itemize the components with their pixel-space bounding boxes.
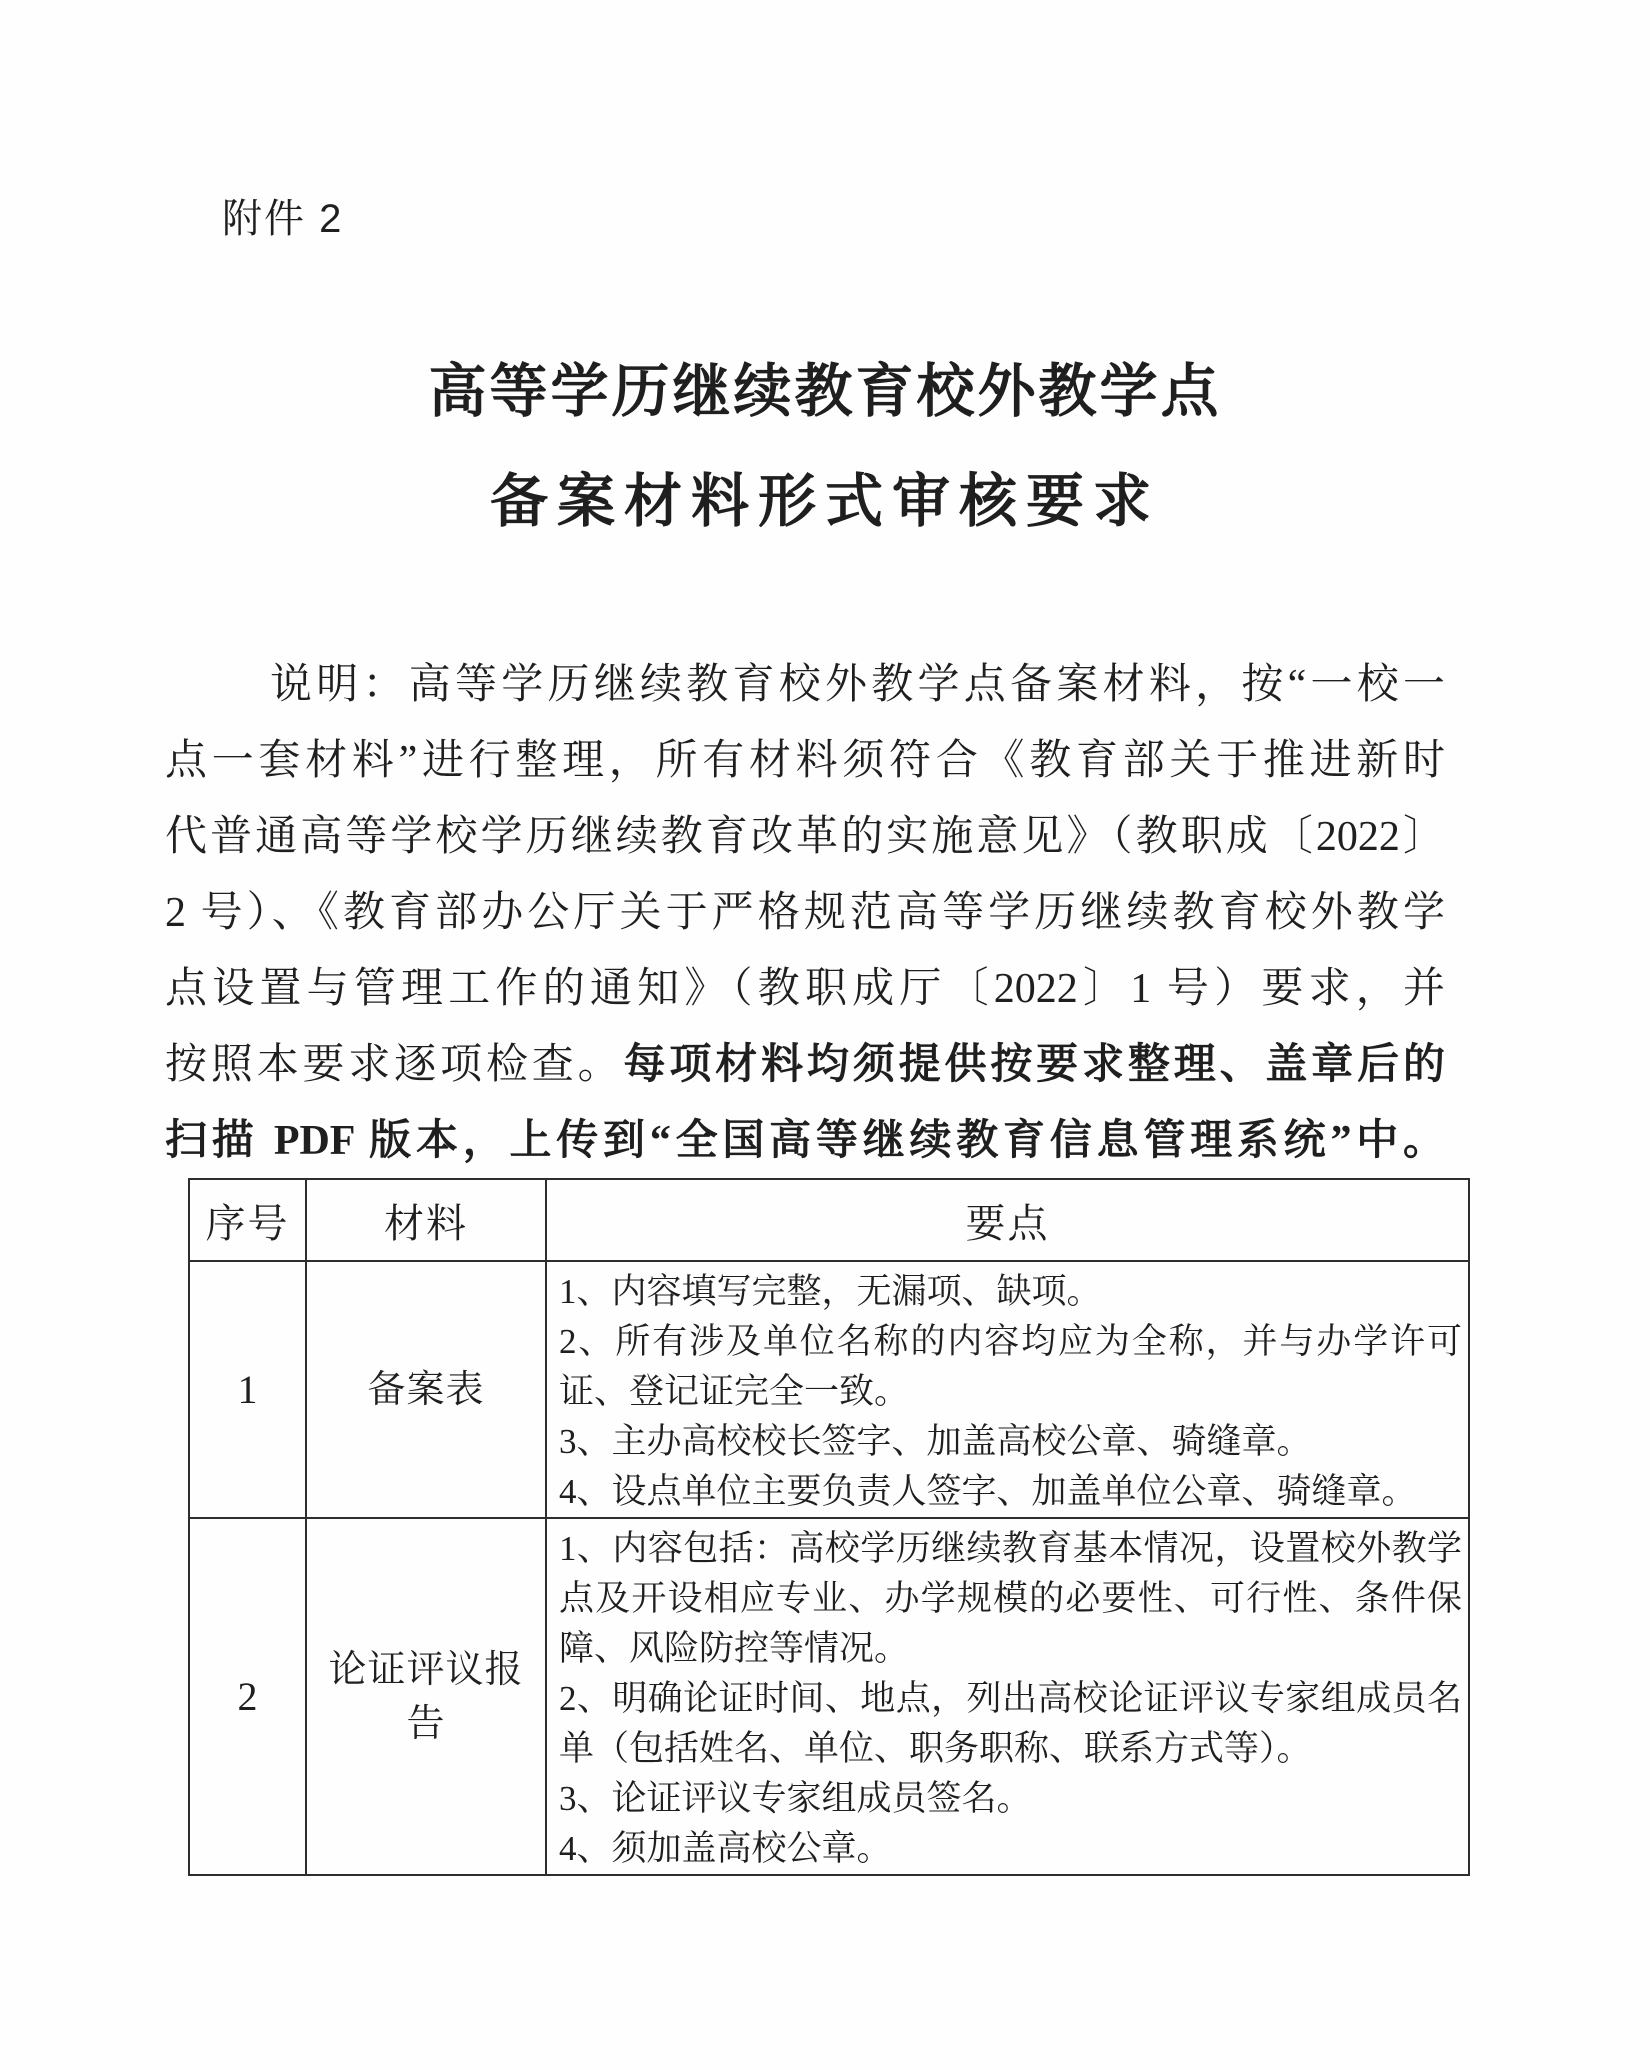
intro-line-2: 点一套材料”进行整理，所有材料须符合《教育部关于推进新时 xyxy=(165,723,1445,799)
intro-paragraph: 说明：高等学历继续教育校外教学点备案材料，按“一校一 点一套材料”进行整理，所有… xyxy=(165,647,1445,1179)
point-item: 3、论证评议专家组成员签名。 xyxy=(559,1774,1462,1824)
point-item: 1、内容填写完整，无漏项、缺项。 xyxy=(559,1267,1462,1317)
intro-line-4: 2 号）、《教育部办公厅关于严格规范高等学历继续教育校外教学 xyxy=(165,875,1445,951)
row1-points: 1、内容填写完整，无漏项、缺项。 2、所有涉及单位名称的内容均应为全称，并与办学… xyxy=(546,1261,1469,1518)
title-line-2: 备案材料形式审核要求 xyxy=(0,472,1650,532)
row2-points: 1、内容包括：高校学历继续教育基本情况，设置校外教学点及开设相应专业、办学规模的… xyxy=(546,1518,1469,1875)
point-item: 4、设点单位主要负责人签字、加盖单位公章、骑缝章。 xyxy=(559,1467,1462,1517)
review-requirements-table: 序号 材料 要点 1 备案表 1、内容填写完整，无漏项、缺项。 2、所有涉及单位… xyxy=(188,1178,1470,1876)
header-cell-material: 材料 xyxy=(306,1179,546,1261)
attachment-label: 附件 2 xyxy=(222,196,343,242)
row2-number: 2 xyxy=(189,1518,306,1875)
table-header-row: 序号 材料 要点 xyxy=(189,1179,1469,1261)
intro-line-3: 代普通高等学校学历继续教育改革的实施意见》（教职成〔2022〕 xyxy=(165,799,1445,875)
table-row-1: 1 备案表 1、内容填写完整，无漏项、缺项。 2、所有涉及单位名称的内容均应为全… xyxy=(189,1261,1469,1518)
title-line-1: 高等学历继续教育校外教学点 xyxy=(0,362,1650,422)
intro-line-7: 扫描 PDF 版本，上传到“全国高等继续教育信息管理系统”中。 xyxy=(165,1103,1445,1179)
intro-line-1: 说明：高等学历继续教育校外教学点备案材料，按“一校一 xyxy=(165,647,1445,723)
row1-material: 备案表 xyxy=(306,1261,546,1518)
point-item: 2、明确论证时间、地点，列出高校论证评议专家组成员名单（包括姓名、单位、职务职称… xyxy=(559,1674,1462,1774)
intro-line-5: 点设置与管理工作的通知》（教职成厅〔2022〕1 号）要求，并 xyxy=(165,951,1445,1027)
intro-line-6: 按照本要求逐项检查。每项材料均须提供按要求整理、盖章后的 xyxy=(165,1027,1445,1103)
header-cell-points: 要点 xyxy=(546,1179,1469,1261)
document-title: 高等学历继续教育校外教学点 备案材料形式审核要求 xyxy=(0,362,1650,532)
table-row-2: 2 论证评议报告 1、内容包括：高校学历继续教育基本情况，设置校外教学点及开设相… xyxy=(189,1518,1469,1875)
row1-number: 1 xyxy=(189,1261,306,1518)
header-cell-no: 序号 xyxy=(189,1179,306,1261)
point-item: 4、须加盖高校公章。 xyxy=(559,1824,1462,1874)
row2-material: 论证评议报告 xyxy=(306,1518,546,1875)
point-item: 3、主办高校校长签字、加盖高校公章、骑缝章。 xyxy=(559,1417,1462,1467)
point-item: 2、所有涉及单位名称的内容均应为全称，并与办学许可证、登记证完全一致。 xyxy=(559,1317,1462,1417)
point-item: 1、内容包括：高校学历继续教育基本情况，设置校外教学点及开设相应专业、办学规模的… xyxy=(559,1524,1462,1674)
